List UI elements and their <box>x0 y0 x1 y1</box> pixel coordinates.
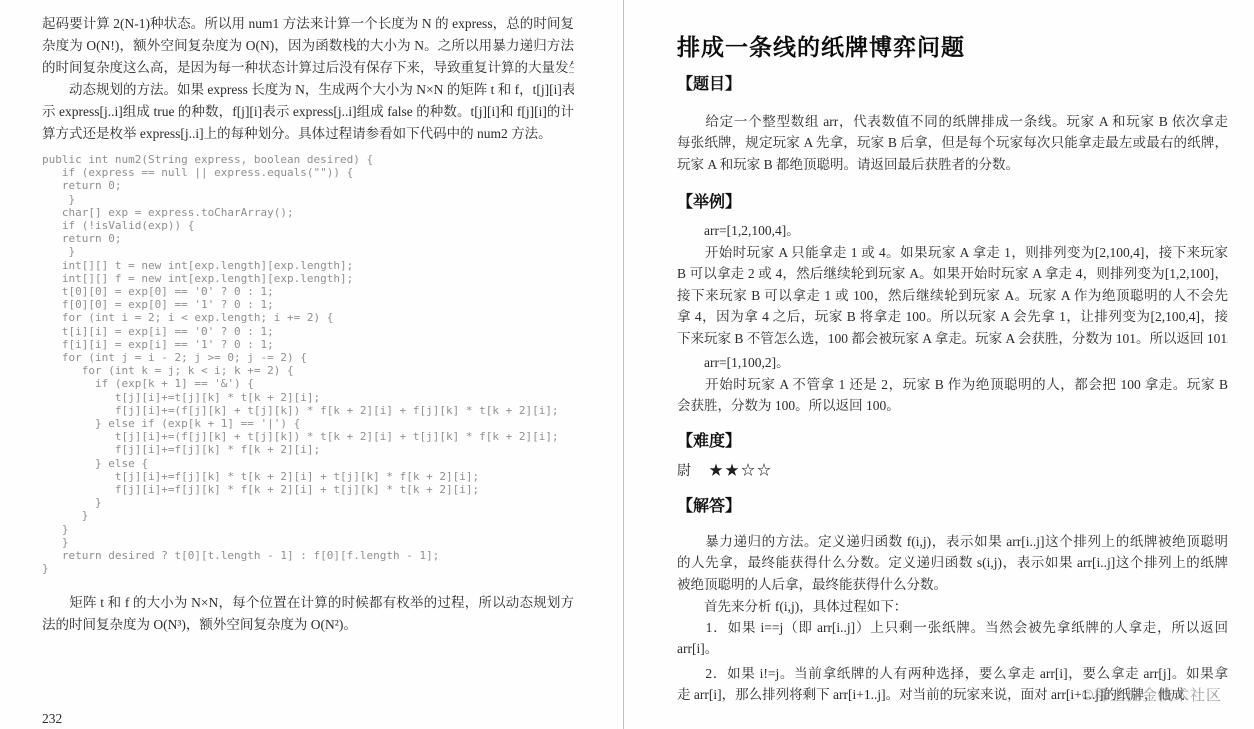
solution-item-1: 1．如果 i==j（即 arr[i..j]）上只剩一张纸牌。当然会被先拿纸牌的人… <box>677 617 1228 660</box>
text-line: 的人先拿，最终能获得什么分数。定义递归函数 s(i,j)，表示如果 arr[i.… <box>677 552 1228 573</box>
book-spread: 起码要计算 2(N-1)种状态。所以用 num1 方法来计算一个长度为 N 的 … <box>0 0 1254 729</box>
text-line: } <box>42 496 602 509</box>
text-line: f[0][0] = exp[0] == '1' ? 0 : 1; <box>42 298 602 311</box>
text-line: 首先来分析 f(i,j)，具体过程如下： <box>677 596 1228 617</box>
text-line: for (int i = 2; i < exp.length; i += 2) … <box>42 311 602 324</box>
text-line: int[][] t = new int[exp.length][exp.leng… <box>42 259 602 272</box>
text-line: 动态规划的方法。如果 express 长度为 N，生成两个大小为 N×N 的矩阵… <box>42 79 574 101</box>
left-paragraph-dp-method: 动态规划的方法。如果 express 长度为 N，生成两个大小为 N×N 的矩阵… <box>42 79 574 145</box>
text-line: for (int k = j; k < i; k += 2) { <box>42 364 602 377</box>
difficulty-rating: 尉 ★★☆☆ <box>677 461 1228 483</box>
text-line: 给定一个整型数组 arr，代表数值不同的纸牌排成一条线。玩家 A 和玩家 B 依… <box>677 111 1228 132</box>
page-divider-line <box>623 0 624 729</box>
example-array-2: arr=[1,100,2]。 <box>677 352 1228 373</box>
text-line: return 0; <box>42 179 602 192</box>
page-number: 232 <box>42 708 62 729</box>
text-line: } <box>42 523 602 536</box>
text-line: 玩家 A 和玩家 B 都绝顶聪明。请返回最后获胜者的分数。 <box>677 154 1228 175</box>
text-line: if (!isValid(exp)) { <box>42 219 602 232</box>
text-line: 示 express[j..i]组成 true 的种数，f[j][i]表示 exp… <box>42 101 574 123</box>
problem-paragraph: 给定一个整型数组 arr，代表数值不同的纸牌排成一条线。玩家 A 和玩家 B 依… <box>677 111 1228 175</box>
text-line: B 可以拿走 2 或 4，然后继续轮到玩家 A。如果开始时玩家 A 拿走 4，则… <box>677 263 1228 284</box>
text-line: 2．如果 i!=j。当前拿纸牌的人有两种选择，要么拿走 arr[i]，要么拿走 … <box>677 663 1228 684</box>
text-line: 开始时玩家 A 只能拿走 1 或 4。如果玩家 A 拿走 1，则排列变为[2,1… <box>677 242 1228 263</box>
text-line: char[] exp = express.toCharArray(); <box>42 206 602 219</box>
text-line: } else { <box>42 457 602 470</box>
example-paragraph-2: 开始时玩家 A 不管拿 1 还是 2，玩家 B 作为绝顶聪明的人，都会把 100… <box>677 374 1228 417</box>
text-line: arr=[1,100,2]。 <box>677 352 1228 373</box>
text-line: t[0][0] = exp[0] == '0' ? 0 : 1; <box>42 285 602 298</box>
section-heading-problem: 【题目】 <box>677 74 1228 96</box>
text-line: t[j][i]+=f[j][k] * t[k + 2][i] + t[j][k]… <box>42 470 602 483</box>
left-paragraph-matrix-complexity: 矩阵 t 和 f 的大小为 N×N，每个位置在计算的时候都有枚举的过程，所以动态… <box>42 592 574 636</box>
example-paragraph-1: 开始时玩家 A 只能拿走 1 或 4。如果玩家 A 拿走 1，则排列变为[2,1… <box>677 242 1228 349</box>
text-line: return desired ? t[0][t.length - 1] : f[… <box>42 549 602 562</box>
text-line: int[][] f = new int[exp.length][exp.leng… <box>42 272 602 285</box>
section-heading-solution: 【解答】 <box>677 496 1228 518</box>
text-line: return 0; <box>42 232 602 245</box>
text-line: 被绝顶聪明的人后拿，最终能获得什么分数。 <box>677 574 1228 595</box>
solution-paragraph-1: 暴力递归的方法。定义递归函数 f(i,j)，表示如果 arr[i..j]这个排列… <box>677 531 1228 595</box>
juejin-watermark: ©稀土掘金技术社区 <box>1082 687 1222 705</box>
chapter-title: 排成一条线的纸牌博弈问题 <box>677 33 1228 61</box>
text-line: f[j][i]+=f[j][k] * f[k + 2][i]; <box>42 443 602 456</box>
text-line: } <box>42 536 602 549</box>
text-line: } <box>42 245 602 258</box>
text-line: 起码要计算 2(N-1)种状态。所以用 num1 方法来计算一个长度为 N 的 … <box>42 13 574 35</box>
text-line: if (exp[k + 1] == '&') { <box>42 377 602 390</box>
solution-paragraph-2: 首先来分析 f(i,j)，具体过程如下： <box>677 596 1228 617</box>
text-line: for (int j = i - 2; j >= 0; j -= 2) { <box>42 351 602 364</box>
code-block-num2: public int num2(String express, boolean … <box>42 153 602 576</box>
text-line: 的时间复杂度这么高，是因为每一种状态计算过后没有保存下来，导致重复计算的大量发生… <box>42 57 574 79</box>
text-line: t[j][i]+=t[j][k] * t[k + 2][i]; <box>42 391 602 404</box>
text-line: 矩阵 t 和 f 的大小为 N×N，每个位置在计算的时候都有枚举的过程，所以动态… <box>42 592 574 614</box>
text-line: public int num2(String express, boolean … <box>42 153 602 166</box>
text-line: } <box>42 509 602 522</box>
text-line: } <box>42 193 602 206</box>
text-line: 接下来玩家 B 可以拿走 1 或 100，然后继续轮到玩家 A。玩家 A 作为绝… <box>677 285 1228 306</box>
text-line: 下来玩家 B 不管怎么选，100 都会被玩家 A 拿走。玩家 A 会获胜，分数为… <box>677 328 1228 349</box>
text-line: arr[i]。 <box>677 638 1228 659</box>
text-line: 每张纸牌，规定玩家 A 先拿，玩家 B 后拿，但是每个玩家每次只能拿走最左或最右… <box>677 132 1228 153</box>
text-line: 开始时玩家 A 不管拿 1 还是 2，玩家 B 作为绝顶聪明的人，都会把 100… <box>677 374 1228 395</box>
text-line: 法的时间复杂度为 O(N³)，额外空间复杂度为 O(N²)。 <box>42 614 574 636</box>
text-line: 1．如果 i==j（即 arr[i..j]）上只剩一张纸牌。当然会被先拿纸牌的人… <box>677 617 1228 638</box>
left-paragraph-complexity: 起码要计算 2(N-1)种状态。所以用 num1 方法来计算一个长度为 N 的 … <box>42 13 574 79</box>
text-line: t[j][i]+=(f[j][k] + t[j][k]) * t[k + 2][… <box>42 430 602 443</box>
text-line: arr=[1,2,100,4]。 <box>677 220 1228 241</box>
text-line: f[j][i]+=f[j][k] * f[k + 2][i] + t[j][k]… <box>42 483 602 496</box>
text-line: 拿 4，因为拿 4 之后，玩家 B 将拿走 100。所以玩家 A 会先拿 1，让… <box>677 306 1228 327</box>
text-line: 暴力递归的方法。定义递归函数 f(i,j)，表示如果 arr[i..j]这个排列… <box>677 531 1228 552</box>
section-heading-difficulty: 【难度】 <box>677 431 1228 453</box>
section-heading-example: 【举例】 <box>677 192 1228 214</box>
text-line: f[j][i]+=(f[j][k] + t[j][k]) * f[k + 2][… <box>42 404 602 417</box>
text-line: 算方式还是枚举 express[j..i]上的每种划分。具体过程请参看如下代码中… <box>42 123 574 145</box>
example-array-1: arr=[1,2,100,4]。 <box>677 220 1228 241</box>
text-line: 杂度为 O(N!)，额外空间复杂度为 O(N)，因为函数栈的大小为 N。之所以用… <box>42 35 574 57</box>
text-line: } else if (exp[k + 1] == '|') { <box>42 417 602 430</box>
text-line: t[i][i] = exp[i] == '0' ? 0 : 1; <box>42 325 602 338</box>
text-line: if (express == null || express.equals(""… <box>42 166 602 179</box>
text-line: f[i][i] = exp[i] == '1' ? 0 : 1; <box>42 338 602 351</box>
text-line: 会获胜，分数为 100。所以返回 100。 <box>677 395 1228 416</box>
text-line: } <box>42 562 602 575</box>
